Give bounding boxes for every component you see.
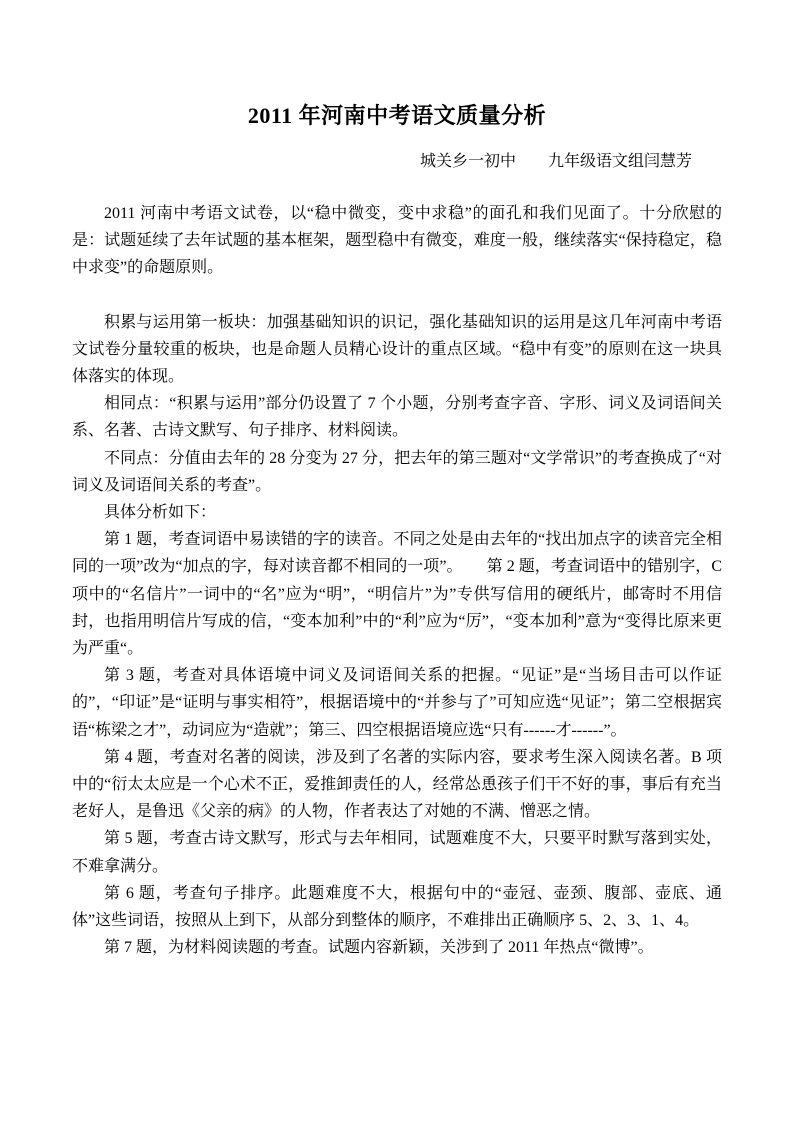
paragraph-question-3: 第 3 题，考查对具体语境中词义及词语间关系的把握。“见证”是“当场目击可以作证…: [72, 662, 722, 744]
paragraph-intro: 2011 河南中考语文试卷，以“稳中微变，变中求稳”的面孔和我们见面了。十分欣慰…: [72, 200, 722, 282]
author-byline: 城关乡一初中 九年级语文组闫慧芳: [72, 148, 722, 175]
paragraph-question-4: 第 4 题，考查对名著的阅读，涉及到了名著的实际内容，要求考生深入阅读名著。B …: [72, 744, 722, 826]
paragraph-accumulation-block: 积累与运用第一板块：加强基础知识的识记，强化基础知识的运用是这几年河南中考语文试…: [72, 309, 722, 391]
paragraph-differences: 不同点：分值由去年的 28 分变为 27 分，把去年的第三题对“文学常识”的考查…: [72, 445, 722, 499]
document-title: 2011 年河南中考语文质量分析: [72, 102, 722, 130]
paragraph-question-1-2: 第 1 题，考查词语中易读错的字的读音。不同之处是由去年的“找出加点字的读音完全…: [72, 526, 722, 662]
paragraph-analysis-heading: 具体分析如下：: [72, 499, 722, 526]
document-page: 2011 年河南中考语文质量分析 城关乡一初中 九年级语文组闫慧芳 2011 河…: [0, 0, 794, 1123]
paragraph-question-5: 第 5 题，考查古诗文默写，形式与去年相同，试题难度不大，只要平时默写落到实处，…: [72, 825, 722, 879]
paragraph-question-7: 第 7 题，为材料阅读题的考查。试题内容新颖，关涉到了 2011 年热点“微博”…: [72, 934, 722, 961]
blank-line: [72, 282, 722, 309]
paragraph-similarities: 相同点：“积累与运用”部分仍设置了 7 个小题，分别考查字音、字形、词义及词语间…: [72, 390, 722, 444]
paragraph-question-6: 第 6 题，考查句子排序。此题难度不大，根据句中的“壶冠、壶颈、腹部、壶底、通体…: [72, 880, 722, 934]
